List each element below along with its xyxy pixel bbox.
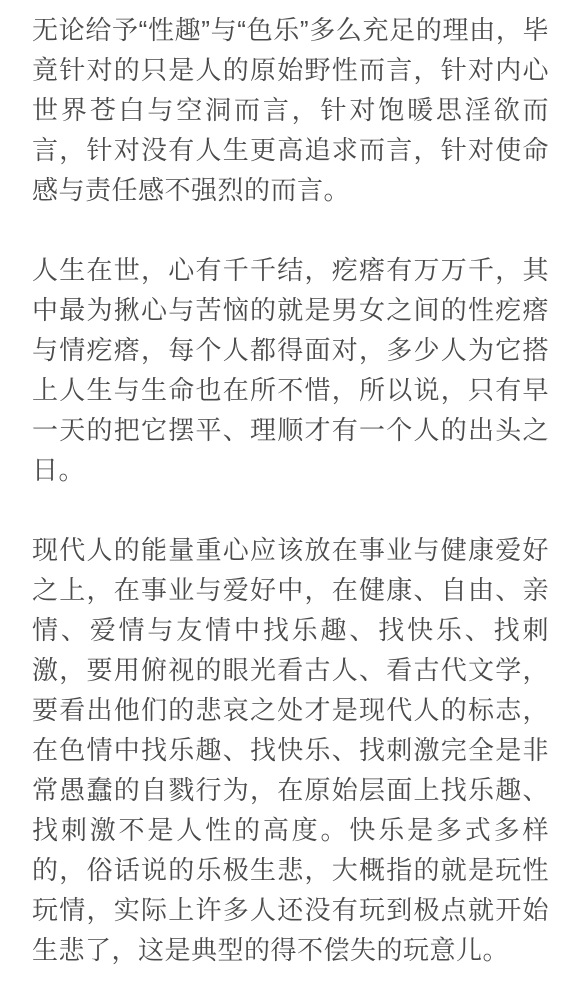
article-body: 无论给予“性趣”与“色乐”多么充足的理由，毕竟针对的只是人的原始野性而言，针对内…	[0, 0, 580, 970]
paragraph-1: 无论给予“性趣”与“色乐”多么充足的理由，毕竟针对的只是人的原始野性而言，针对内…	[32, 10, 549, 210]
paragraph-3: 现代人的能量重心应该放在事业与健康爱好之上，在事业与爱好中，在健康、自由、亲情、…	[32, 530, 549, 970]
paragraph-2: 人生在世，心有千千结，疙瘩有万万千，其中最为揪心与苦恼的就是男女之间的性疙瘩与情…	[32, 250, 549, 490]
